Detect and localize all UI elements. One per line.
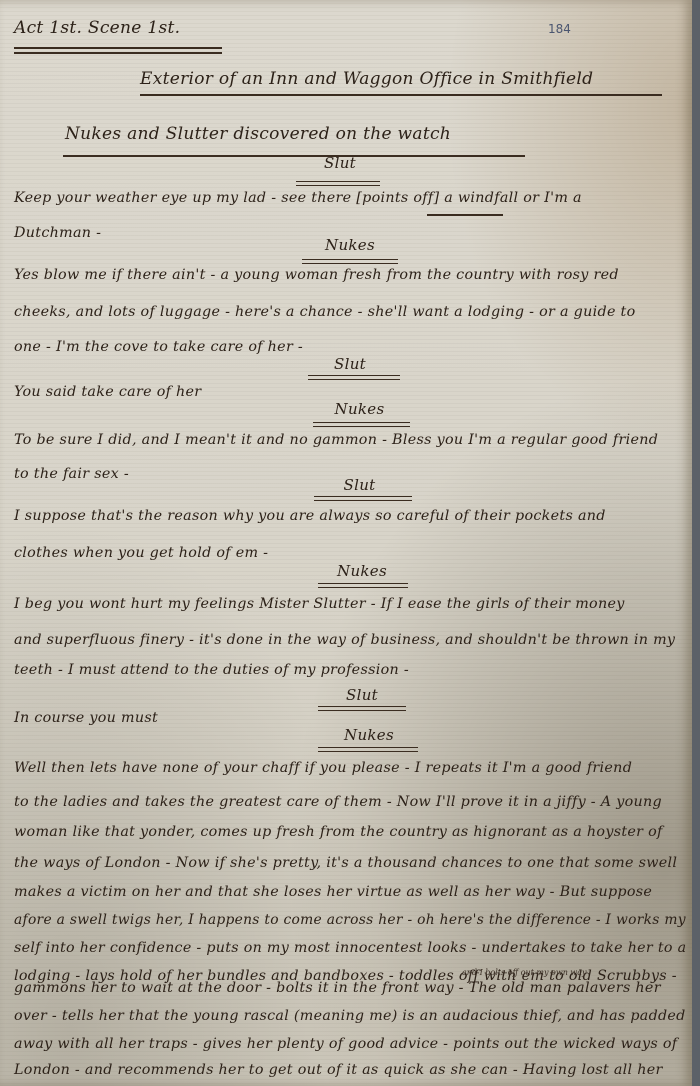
speech-line: cheeks, and lots of luggage - here's a c… (14, 304, 636, 320)
speaker-name: Nukes (316, 562, 408, 580)
speech-line: to the ladies and takes the greatest car… (14, 794, 662, 810)
speech-line: gammons her to wait at the door - bolts … (14, 980, 661, 996)
speaker-underline (314, 496, 412, 501)
folio-number: 184 (548, 22, 571, 36)
speaker-name: Slut (312, 476, 407, 494)
speech-line: Keep your weather eye up my lad - see th… (14, 190, 582, 206)
interlinear-note: and I bolts off out my own way (462, 968, 587, 977)
speech-line: In course you must (14, 710, 158, 726)
speech-line: away with all her traps - gives her plen… (14, 1036, 677, 1052)
speaker-name: Nukes (300, 236, 400, 254)
speech-line: over - tells her that the young rascal (… (14, 1008, 686, 1024)
stage-direction-underline (63, 155, 525, 157)
speech-line: to the fair sex - (14, 466, 129, 482)
speech-line: woman like that yonder, comes up fresh f… (14, 824, 663, 840)
speaker-underline (296, 181, 380, 186)
speech-line: one - I'm the cove to take care of her - (14, 339, 303, 355)
aside-underline (427, 214, 503, 216)
speaker-name: Slut (318, 686, 406, 704)
speech-line: afore a swell twigs her, I happens to co… (14, 912, 686, 928)
heading-underline (14, 47, 222, 49)
speech-line: I beg you wont hurt my feelings Mister S… (14, 596, 625, 612)
speaker-name: Nukes (320, 726, 418, 744)
heading-underline (14, 52, 222, 54)
speaker-name: Nukes (312, 400, 407, 418)
scene-setting: Exterior of an Inn and Waggon Office in … (140, 69, 593, 89)
speaker-underline (313, 422, 410, 427)
speech-line: clothes when you get hold of em - (14, 545, 268, 561)
stage-direction: Nukes and Slutter discovered on the watc… (65, 124, 451, 144)
speech-line: self into her confidence - puts on my mo… (14, 940, 686, 956)
speech-line: and superfluous finery - it's done in th… (14, 632, 675, 648)
speaker-name: Slut (305, 355, 395, 373)
speaker-underline (318, 706, 406, 711)
act-scene-heading: Act 1st. Scene 1st. (14, 18, 180, 38)
speech-line: the ways of London - Now if she's pretty… (14, 855, 677, 871)
setting-underline (140, 94, 662, 96)
speech-line: London - and recommends her to get out o… (14, 1062, 663, 1078)
speech-line: Yes blow me if there ain't - a young wom… (14, 267, 619, 283)
speaker-underline (302, 259, 398, 264)
speech-line: To be sure I did, and I mean't it and no… (14, 432, 658, 448)
speaker-underline (318, 747, 418, 752)
speech-line: I suppose that's the reason why you are … (14, 508, 606, 524)
speaker-underline (318, 583, 408, 588)
speech-line: teeth - I must attend to the duties of m… (14, 662, 409, 678)
speech-line: You said take care of her (14, 384, 201, 400)
speech-line: Dutchman - (14, 225, 101, 241)
speaker-name: Slut (300, 154, 380, 172)
speech-line: makes a victim on her and that she loses… (14, 884, 652, 900)
speaker-underline (308, 375, 400, 380)
speech-line: Well then lets have none of your chaff i… (14, 760, 632, 776)
manuscript-page: 184 Act 1st. Scene 1st. Exterior of an I… (0, 0, 692, 1086)
